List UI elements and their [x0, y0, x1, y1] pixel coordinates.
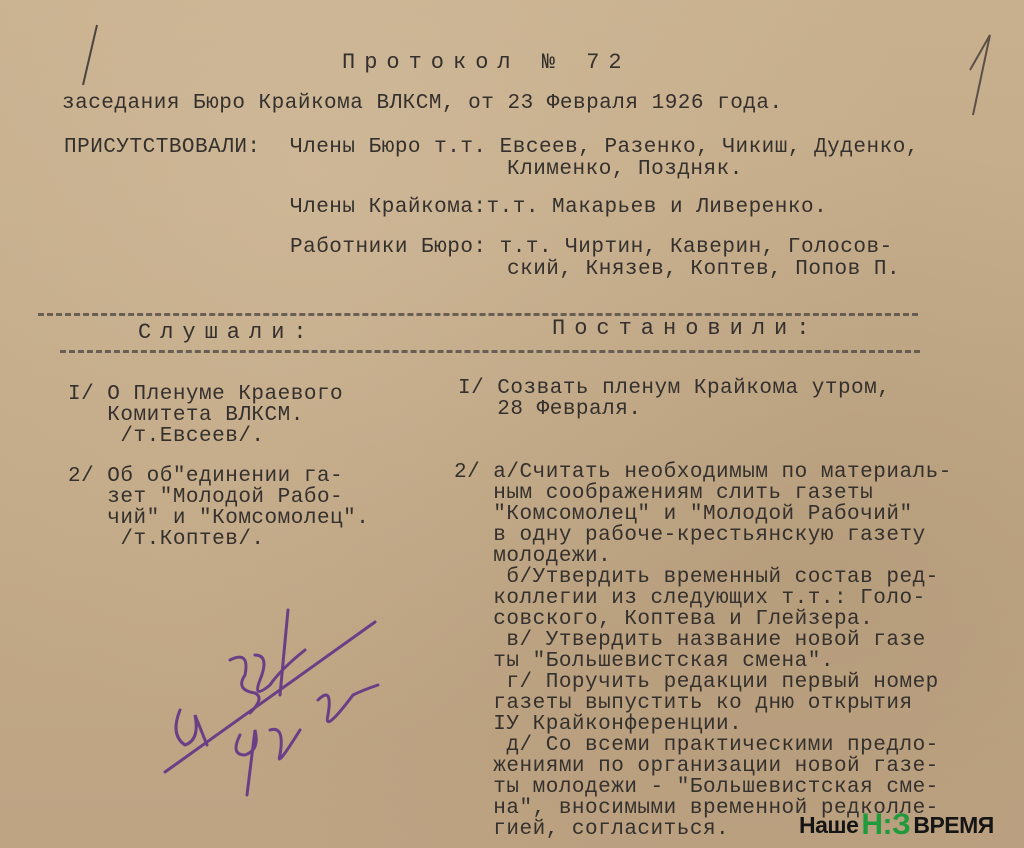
nashe-vremya-logo: Наше Н:З ВРЕМЯ: [799, 808, 994, 842]
handwritten-registration-stamp-icon: [140, 600, 400, 800]
resolved-column-header: Постановили:: [552, 318, 818, 339]
heard-column-header: Слушали:: [138, 322, 316, 343]
document-subtitle: заседания Бюро Крайкома ВЛКСМ, от 23 Фев…: [62, 93, 783, 114]
pencil-margin-mark-icon: [75, 20, 105, 90]
bureau-members-line1: Члены Бюро т.т. Евсеев, Разенко, Чикиш, …: [290, 137, 919, 158]
divider-bottom: [60, 350, 920, 353]
attendance-label: ПРИСУТСТВОВАЛИ:: [64, 137, 261, 158]
kraikom-members: Члены Крайкома:т.т. Макарьев и Ливеренко…: [290, 197, 827, 218]
logo-part-vremya: ВРЕМЯ: [913, 812, 993, 839]
logo-part-nashe: Наше: [799, 812, 858, 839]
page-number-handwritten-icon: [965, 25, 1005, 125]
bureau-members-line2: Клименко, Поздняк.: [507, 159, 743, 180]
bureau-workers-line1: Работники Бюро: т.т. Чиртин, Каверин, Го…: [290, 237, 893, 258]
logo-nz-icon: Н:З: [861, 808, 910, 842]
bureau-workers-line2: ский, Князев, Коптев, Попов П.: [507, 259, 900, 280]
document-title: Протокол № 72: [342, 52, 631, 73]
document-page: Протокол № 72 заседания Бюро Крайкома ВЛ…: [0, 0, 1024, 848]
